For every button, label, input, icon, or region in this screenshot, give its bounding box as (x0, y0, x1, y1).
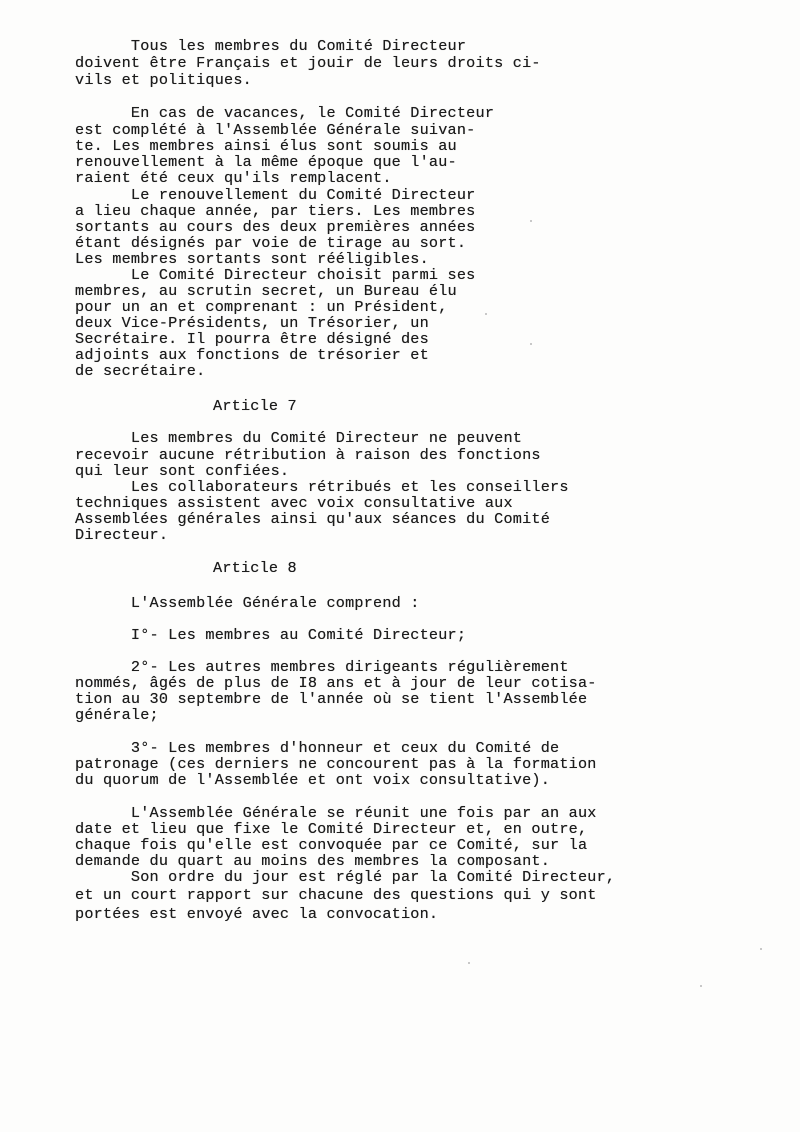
text-line: 2°- Les autres membres dirigeants réguli… (75, 659, 569, 675)
text-line: patronage (ces derniers ne concourent pa… (75, 756, 597, 772)
text-line: adjoints aux fonctions de trésorier et (75, 347, 429, 363)
text-line: L'Assemblée Générale comprend : (75, 595, 420, 611)
text-line: date et lieu que fixe le Comité Directeu… (75, 821, 587, 837)
document-page: Tous les membres du Comité Directeur doi… (0, 0, 800, 1132)
text-line: Son ordre du jour est réglé par la Comit… (75, 869, 615, 885)
scan-speck (468, 962, 470, 964)
text-line: Le Comité Directeur choisit parmi ses (75, 267, 476, 283)
text-line: est complété à l'Assemblée Générale suiv… (75, 122, 476, 138)
text-line: étant désignés par voie de tirage au sor… (75, 235, 466, 251)
text-line: Les membres du Comité Directeur ne peuve… (75, 430, 522, 446)
scan-speck (530, 343, 532, 345)
text-line: 3°- Les membres d'honneur et ceux du Com… (75, 740, 559, 756)
scan-speck (485, 313, 487, 315)
text-line: Les collaborateurs rétribués et les cons… (75, 479, 569, 495)
text-line: demande du quart au moins des membres la… (75, 853, 550, 869)
text-line: du quorum de l'Assemblée et ont voix con… (75, 772, 550, 788)
text-line: pour un an et comprenant : un Président, (75, 299, 448, 315)
text-line: a lieu chaque année, par tiers. Les memb… (75, 203, 476, 219)
text-line: Secrétaire. Il pourra être désigné des (75, 331, 429, 347)
text-line: portées est envoyé avec la convocation. (75, 906, 438, 922)
text-line: te. Les membres ainsi élus sont soumis a… (75, 138, 457, 154)
article-7-heading: Article 7 (213, 398, 297, 414)
text-line: Le renouvellement du Comité Directeur (75, 187, 476, 203)
article-8-heading: Article 8 (213, 560, 297, 576)
text-line: membres, au scrutin secret, un Bureau él… (75, 283, 457, 299)
text-line: Les membres sortants sont rééligibles. (75, 251, 429, 267)
text-line: L'Assemblée Générale se réunit une fois … (75, 805, 597, 821)
scan-speck (530, 220, 532, 222)
text-line: qui leur sont confiées. (75, 463, 289, 479)
text-line: En cas de vacances, le Comité Directeur (75, 105, 494, 121)
text-line: deux Vice-Présidents, un Trésorier, un (75, 315, 429, 331)
text-line: vils et politiques. (75, 72, 252, 88)
text-line: générale; (75, 707, 159, 723)
scan-speck (760, 948, 762, 950)
text-line: I°- Les membres au Comité Directeur; (75, 627, 466, 643)
text-line: raient été ceux qu'ils remplacent. (75, 170, 392, 186)
text-line: Directeur. (75, 527, 168, 543)
text-line: techniques assistent avec voix consultat… (75, 495, 513, 511)
text-line: Assemblées générales ainsi qu'aux séance… (75, 511, 550, 527)
text-line: sortants au cours des deux premières ann… (75, 219, 476, 235)
text-line: tion au 30 septembre de l'année où se ti… (75, 691, 587, 707)
text-line: de secrétaire. (75, 363, 205, 379)
text-line: et un court rapport sur chacune des ques… (75, 887, 597, 903)
text-line: Tous les membres du Comité Directeur (75, 38, 466, 54)
text-line: recevoir aucune rétribution à raison des… (75, 447, 541, 463)
text-line: doivent être Français et jouir de leurs … (75, 55, 541, 71)
scan-speck (700, 985, 702, 987)
text-line: nommés, âgés de plus de I8 ans et à jour… (75, 675, 597, 691)
text-line: chaque fois qu'elle est convoquée par ce… (75, 837, 587, 853)
text-line: renouvellement à la même époque que l'au… (75, 154, 457, 170)
